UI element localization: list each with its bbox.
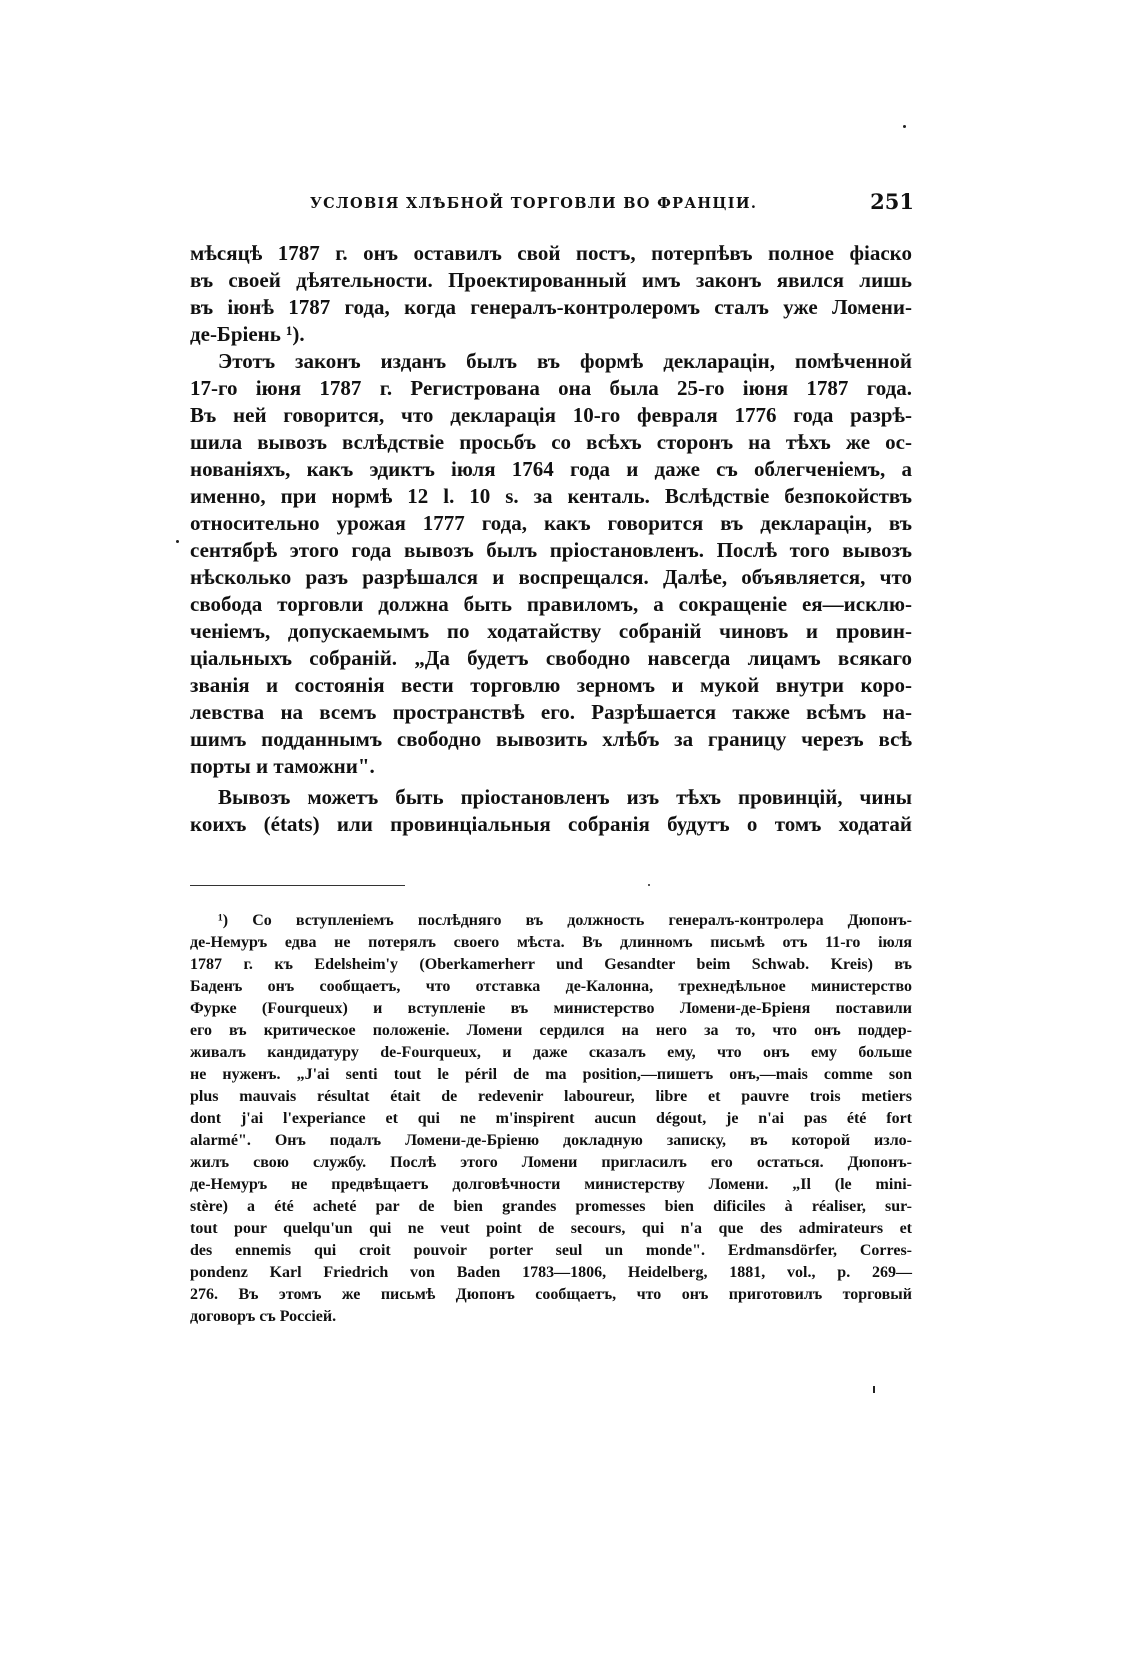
footnote-divider (190, 885, 405, 886)
footnote-line: plus mauvais résultat était de redevenir… (190, 1086, 912, 1108)
footnote-line: dont j'ai l'experiance et qui ne m'inspi… (190, 1108, 912, 1130)
text-line: нѣсколько разъ разрѣшался и воспрещался.… (190, 564, 912, 591)
text-line: сентябрѣ этого года вывозъ былъ пріостан… (190, 537, 912, 564)
text-line: шила вывозъ вслѣдствіе просьбъ со всѣхъ … (190, 429, 912, 456)
text-line: именно, при нормѣ 12 l. 10 s. за кенталь… (190, 483, 912, 510)
footnote-line: не нуженъ. „J'ai senti tout le péril de … (190, 1064, 912, 1086)
scan-speck (176, 540, 179, 543)
footnote-line: stère) a été acheté par de bien grandes … (190, 1196, 912, 1218)
footnote-line: pondenz Karl Friedrich von Baden 1783—18… (190, 1262, 912, 1284)
text-line: въ своей дѣятельности. Проектированный и… (190, 267, 912, 294)
text-line: шимъ подданнымъ свободно вывозить хлѣбъ … (190, 726, 912, 753)
page-header: УСЛОВІЯ ХЛѢБНОЙ ТОРГОВЛИ ВО ФРАНЦІИ. 251 (190, 189, 902, 219)
footnote: ¹) Со вступленіемъ послѣдняго въ должнос… (190, 910, 912, 1328)
footnote-line: 1787 г. къ Edelsheim'у (Oberkamerherr un… (190, 954, 912, 976)
footnote-line: Баденъ онъ сообщаетъ, что отставка де-Ка… (190, 976, 912, 998)
text-line: коихъ (états) или провинціальныя собрані… (190, 811, 912, 838)
text-line: званія и состоянія вести торговлю зерном… (190, 672, 912, 699)
scan-speck (648, 884, 650, 886)
footnote-line: Фурке (Fourqueux) и вступленіе въ минист… (190, 998, 912, 1020)
text-line: мѣсяцѣ 1787 г. онъ оставилъ свой постъ, … (190, 240, 912, 267)
text-line: Въ ней говорится, что декларація 10-го ф… (190, 402, 912, 429)
footnote-line: де-Немуръ не предвѣщаетъ долговѣчности м… (190, 1174, 912, 1196)
text-line: левства на всемъ пространствѣ его. Разрѣ… (190, 699, 912, 726)
footnote-line: ¹) Со вступленіемъ послѣдняго въ должнос… (190, 910, 912, 932)
footnote-line: договоръ съ Россіей. (190, 1306, 912, 1328)
footnote-line: де-Немуръ едва не потерялъ своего мѣста.… (190, 932, 912, 954)
footnote-line: alarmé". Онъ подалъ Ломени-де-Бріеню док… (190, 1130, 912, 1152)
text-line: 17-го іюня 1787 г. Регистрована она была… (190, 375, 912, 402)
paragraph-start-line: Вывозъ можетъ быть пріостановленъ изъ тѣ… (190, 784, 912, 811)
page-number: 251 (870, 189, 914, 214)
text-line: ціальныхъ собраній. „Да будетъ свободно … (190, 645, 912, 672)
scan-speck (903, 125, 906, 128)
footnote-line: tout pour quelqu'un qui ne veut point de… (190, 1218, 912, 1240)
text-line: въ іюнѣ 1787 года, когда генералъ-контро… (190, 294, 912, 321)
main-text: мѣсяцѣ 1787 г. онъ оставилъ свой постъ, … (190, 240, 912, 838)
footnote-line: 276. Въ этомъ же письмѣ Дюпонъ сообщаетъ… (190, 1284, 912, 1306)
text-line: ченіемъ, допускаемымъ по ходатайству соб… (190, 618, 912, 645)
footnote-line: жилъ свою службу. Послѣ этого Ломени при… (190, 1152, 912, 1174)
running-title: УСЛОВІЯ ХЛѢБНОЙ ТОРГОВЛИ ВО ФРАНЦІИ. (310, 195, 757, 212)
text-line: свобода торговли должна быть правиломъ, … (190, 591, 912, 618)
footnote-line: его въ критическое положеніе. Ломени сер… (190, 1020, 912, 1042)
text-line: нованіяхъ, какъ эдиктъ іюля 1764 года и … (190, 456, 912, 483)
footnote-line: живалъ кандидатуру de-Fourqueux, и даже … (190, 1042, 912, 1064)
text-line: де-Бріень ¹). (190, 321, 912, 348)
text-line: порты и таможни". (190, 753, 912, 780)
footnote-line: des ennemis qui croit pouvoir porter seu… (190, 1240, 912, 1262)
paragraph-start-line: Этотъ законъ изданъ былъ въ формѣ деклар… (190, 348, 912, 375)
scanned-page: УСЛОВІЯ ХЛѢБНОЙ ТОРГОВЛИ ВО ФРАНЦІИ. 251… (0, 0, 1140, 1666)
text-line: относительно урожая 1777 года, какъ гово… (190, 510, 912, 537)
scan-speck (873, 1386, 875, 1393)
